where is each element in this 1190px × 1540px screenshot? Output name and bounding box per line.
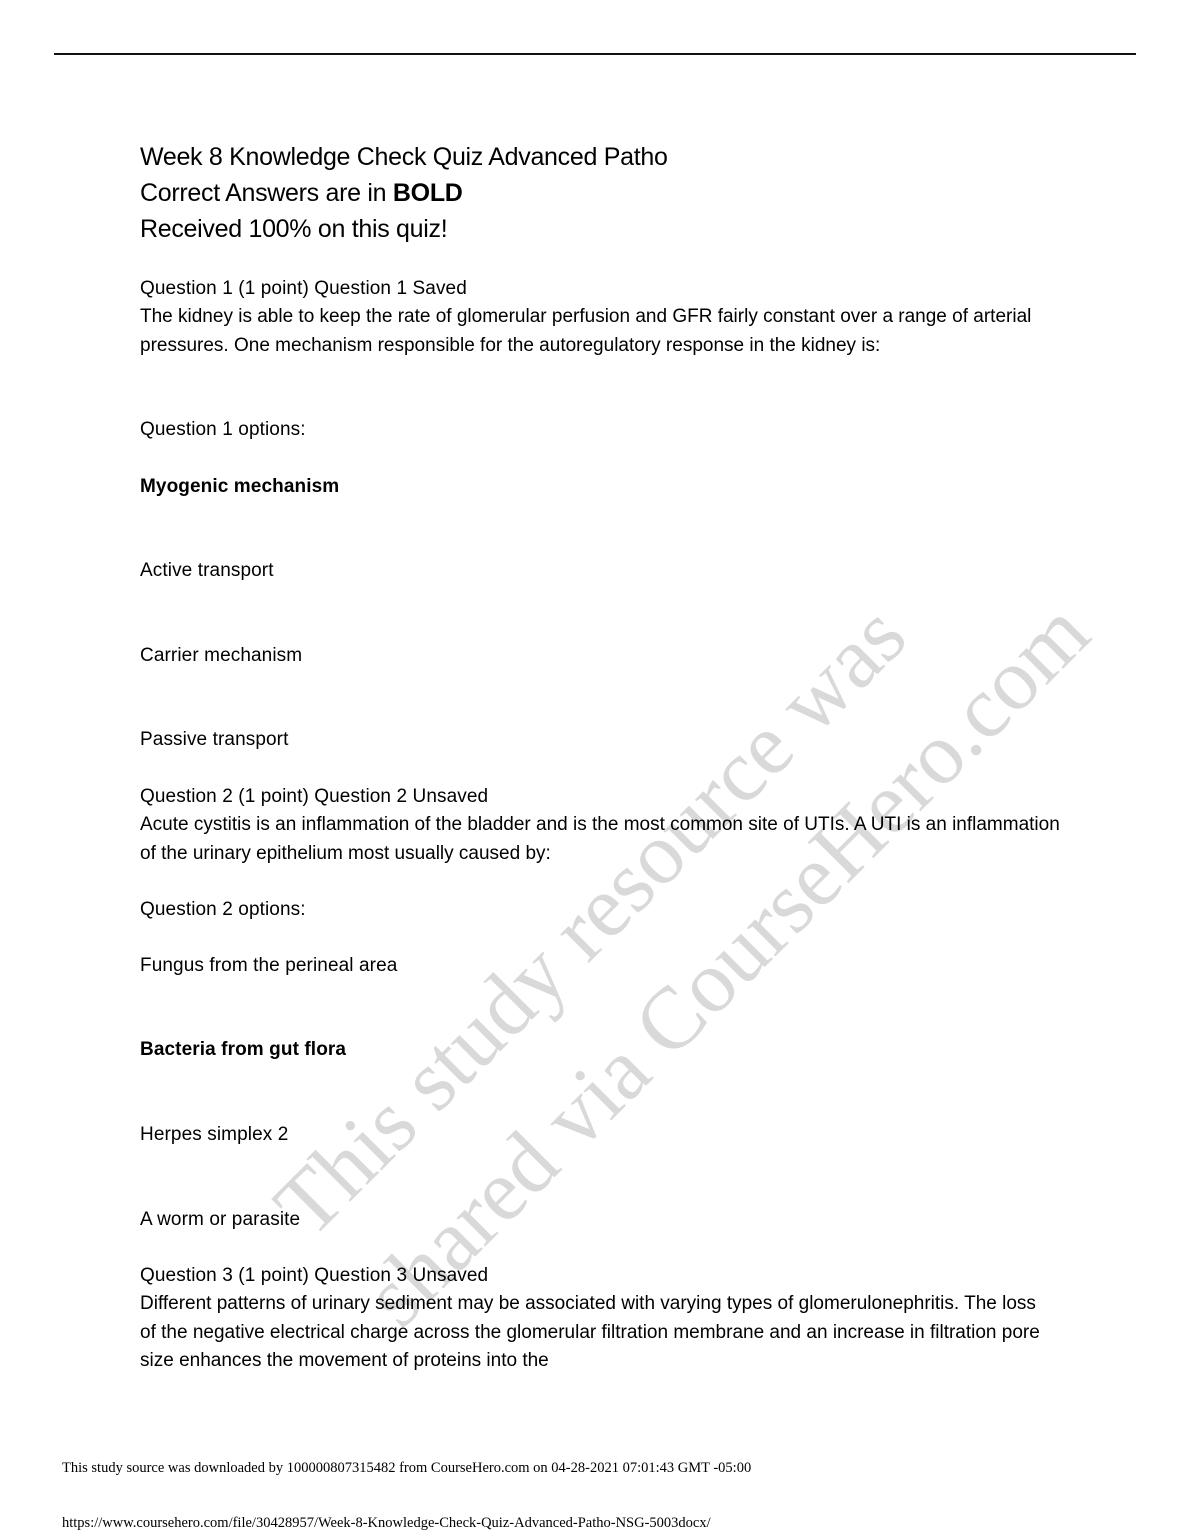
question-1-option-2: Active transport (140, 557, 274, 585)
question-2-option-4: A worm or parasite (140, 1206, 300, 1234)
question-3-heading: Question 3 (1 point) Question 3 Unsaved (140, 1262, 488, 1290)
top-horizontal-rule (54, 53, 1136, 55)
question-2-option-3: Herpes simplex 2 (140, 1121, 288, 1149)
answer-key-note-prefix: Correct Answers are in (140, 179, 393, 207)
question-1-option-3: Carrier mechanism (140, 642, 302, 670)
question-2-text: Acute cystitis is an inflammation of the… (140, 811, 1060, 868)
question-2-option-2-correct: Bacteria from gut flora (140, 1036, 346, 1064)
question-1-option-4: Passive transport (140, 726, 289, 754)
question-1-options-label: Question 1 options: (140, 416, 306, 444)
download-notice: This study source was downloaded by 1000… (62, 1460, 751, 1477)
question-1-option-1-correct: Myogenic mechanism (140, 473, 339, 501)
question-2-heading: Question 2 (1 point) Question 2 Unsaved (140, 783, 488, 811)
answer-key-note-bold: BOLD (393, 179, 463, 207)
watermark-line-2: shared via CourseHero.com (345, 582, 1109, 1346)
question-2-option-1: Fungus from the perineal area (140, 952, 397, 980)
document-title: Week 8 Knowledge Check Quiz Advanced Pat… (140, 139, 668, 175)
score-note: Received 100% on this quiz! (140, 211, 447, 247)
question-3-text: Different patterns of urinary sediment m… (140, 1290, 1040, 1376)
question-1-heading: Question 1 (1 point) Question 1 Saved (140, 275, 467, 303)
document-page: This study resource was shared via Cours… (0, 0, 1190, 1540)
question-2-options-label: Question 2 options: (140, 896, 306, 924)
answer-key-note: Correct Answers are in BOLD (140, 175, 463, 211)
source-url[interactable]: https://www.coursehero.com/file/30428957… (62, 1515, 711, 1532)
watermark-line-1: This study resource was (255, 585, 926, 1256)
question-1-text: The kidney is able to keep the rate of g… (140, 303, 1060, 360)
